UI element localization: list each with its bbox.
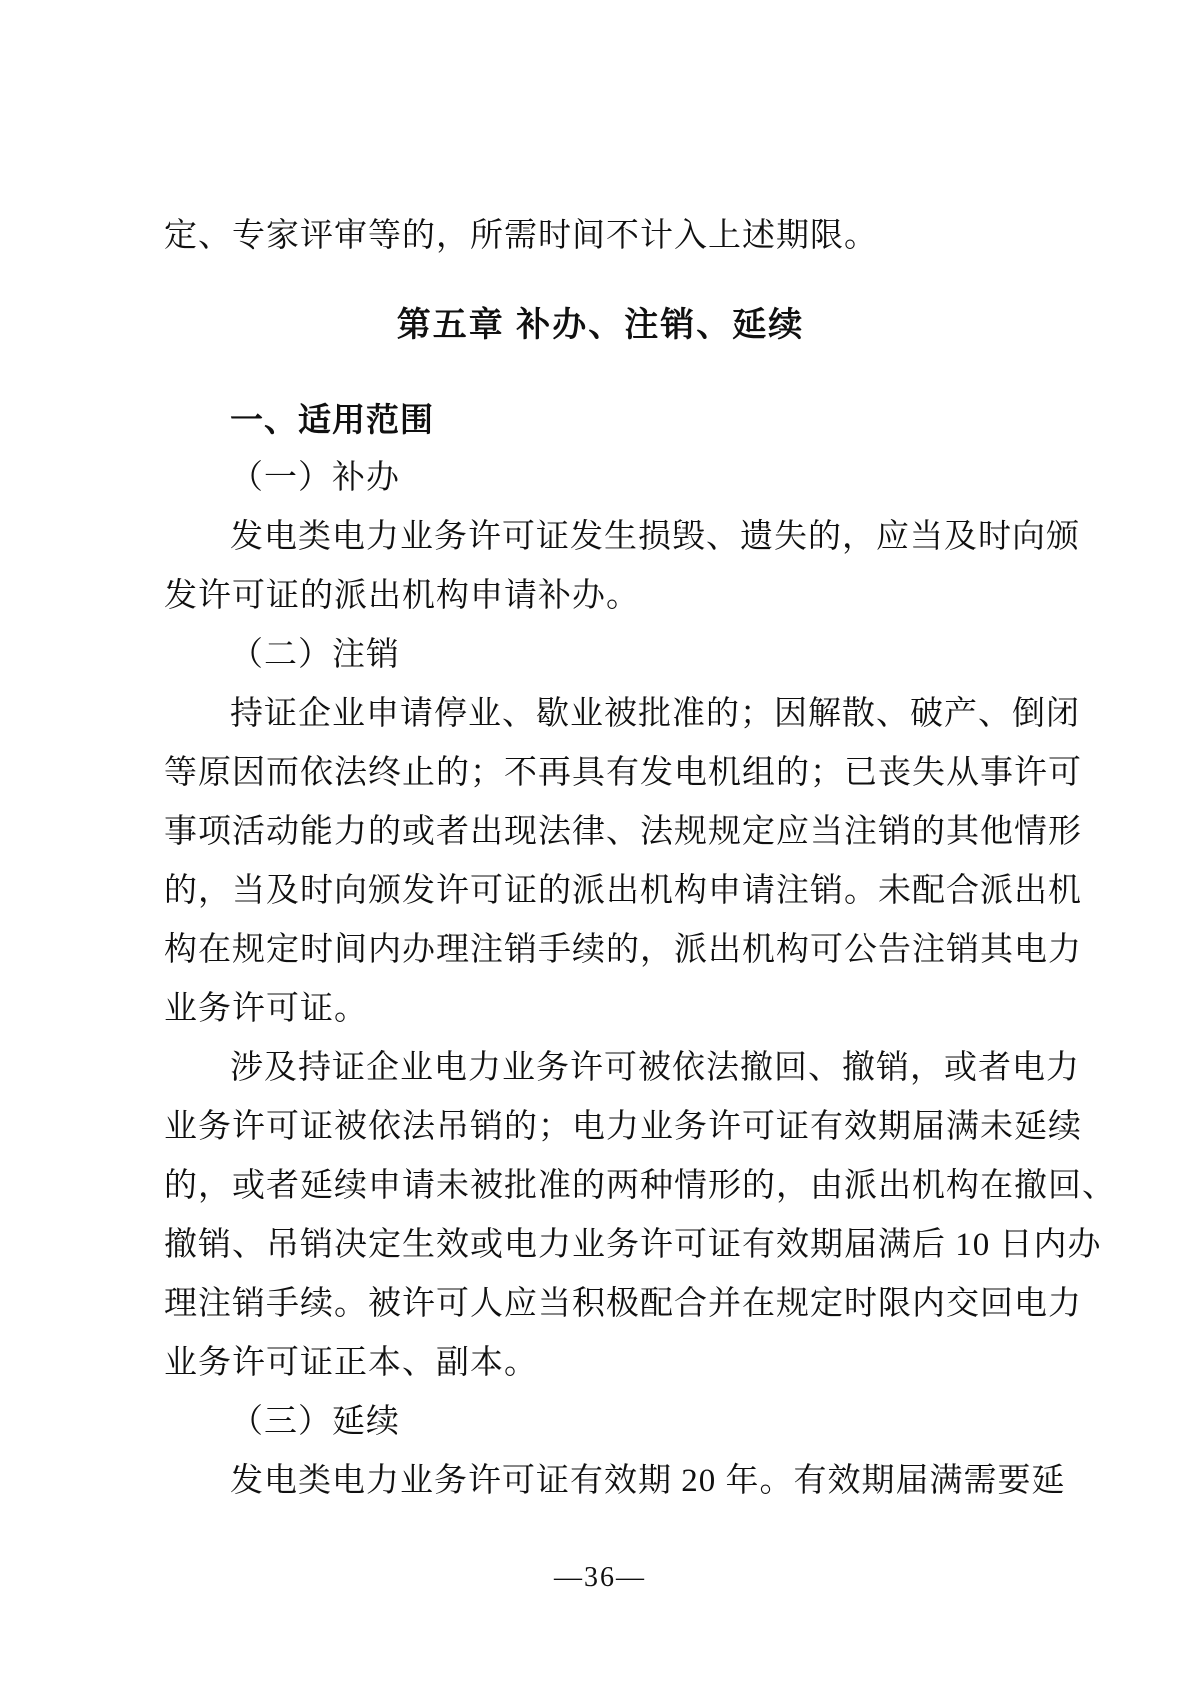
paragraph-zhuxiao-2-line-3: 的，或者延续申请未被批准的两种情形的，由派出机构在撤回、 [164, 1157, 1037, 1216]
page-number: —36— [0, 1562, 1200, 1594]
paragraph-buban: 发电类电力业务许可证发生损毁、遗失的，应当及时向颁发许可证的派出机构申请补办。 [164, 508, 1037, 626]
paragraph-zhuxiao-1-line-2: 等原因而依法终止的；不再具有发电机组的；已丧失从事许可 [164, 744, 1037, 803]
continuation-line-line-1: 定、专家评审等的，所需时间不计入上述期限。 [164, 207, 1037, 266]
subsection-heading-buban-line-1: （一）补办 [164, 449, 1037, 508]
paragraph-zhuxiao-2-line-4: 撤销、吊销决定生效或电力业务许可证有效期届满后 10 日内办 [164, 1216, 1037, 1275]
paragraph-zhuxiao-1-line-6: 业务许可证。 [164, 980, 1037, 1039]
section-heading: 一、适用范围 [164, 390, 1037, 449]
subsection-heading-yanxu-line-1: （三）延续 [164, 1393, 1037, 1452]
subsection-heading-zhuxiao-line-1: （二）注销 [164, 626, 1037, 685]
paragraph-buban-line-1: 发电类电力业务许可证发生损毁、遗失的，应当及时向颁 [164, 508, 1037, 567]
paragraph-zhuxiao-2-line-1: 涉及持证企业电力业务许可被依法撤回、撤销，或者电力 [164, 1039, 1037, 1098]
paragraph-zhuxiao-2-line-6: 业务许可证正本、副本。 [164, 1334, 1037, 1393]
chapter-heading-line-1: 第五章 补办、注销、延续 [164, 296, 1037, 355]
paragraph-zhuxiao-1-line-1: 持证企业申请停业、歇业被批准的；因解散、破产、倒闭 [164, 685, 1037, 744]
paragraph-buban-line-2: 发许可证的派出机构申请补办。 [164, 567, 1037, 626]
section-heading-line-1: 一、适用范围 [164, 390, 1037, 449]
paragraph-zhuxiao-2-line-2: 业务许可证被依法吊销的；电力业务许可证有效期届满未延续 [164, 1098, 1037, 1157]
paragraph-zhuxiao-2: 涉及持证企业电力业务许可被依法撤回、撤销，或者电力业务许可证被依法吊销的；电力业… [164, 1039, 1037, 1393]
paragraph-zhuxiao-1: 持证企业申请停业、歇业被批准的；因解散、破产、倒闭等原因而依法终止的；不再具有发… [164, 685, 1037, 1039]
document-content: 定、专家评审等的，所需时间不计入上述期限。第五章 补办、注销、延续一、适用范围（… [164, 0, 1037, 1511]
subsection-heading-buban: （一）补办 [164, 449, 1037, 508]
subsection-heading-zhuxiao: （二）注销 [164, 626, 1037, 685]
chapter-heading: 第五章 补办、注销、延续 [164, 296, 1037, 355]
paragraph-zhuxiao-1-line-3: 事项活动能力的或者出现法律、法规规定应当注销的其他情形 [164, 803, 1037, 862]
subsection-heading-yanxu: （三）延续 [164, 1393, 1037, 1452]
document-page: 定、专家评审等的，所需时间不计入上述期限。第五章 补办、注销、延续一、适用范围（… [0, 0, 1200, 1696]
continuation-line: 定、专家评审等的，所需时间不计入上述期限。 [164, 207, 1037, 266]
paragraph-yanxu-line-1: 发电类电力业务许可证有效期 20 年。有效期届满需要延 [164, 1452, 1037, 1511]
paragraph-zhuxiao-1-line-5: 构在规定时间内办理注销手续的，派出机构可公告注销其电力 [164, 921, 1037, 980]
paragraph-yanxu: 发电类电力业务许可证有效期 20 年。有效期届满需要延 [164, 1452, 1037, 1511]
paragraph-zhuxiao-2-line-5: 理注销手续。被许可人应当积极配合并在规定时限内交回电力 [164, 1275, 1037, 1334]
paragraph-zhuxiao-1-line-4: 的，当及时向颁发许可证的派出机构申请注销。未配合派出机 [164, 862, 1037, 921]
